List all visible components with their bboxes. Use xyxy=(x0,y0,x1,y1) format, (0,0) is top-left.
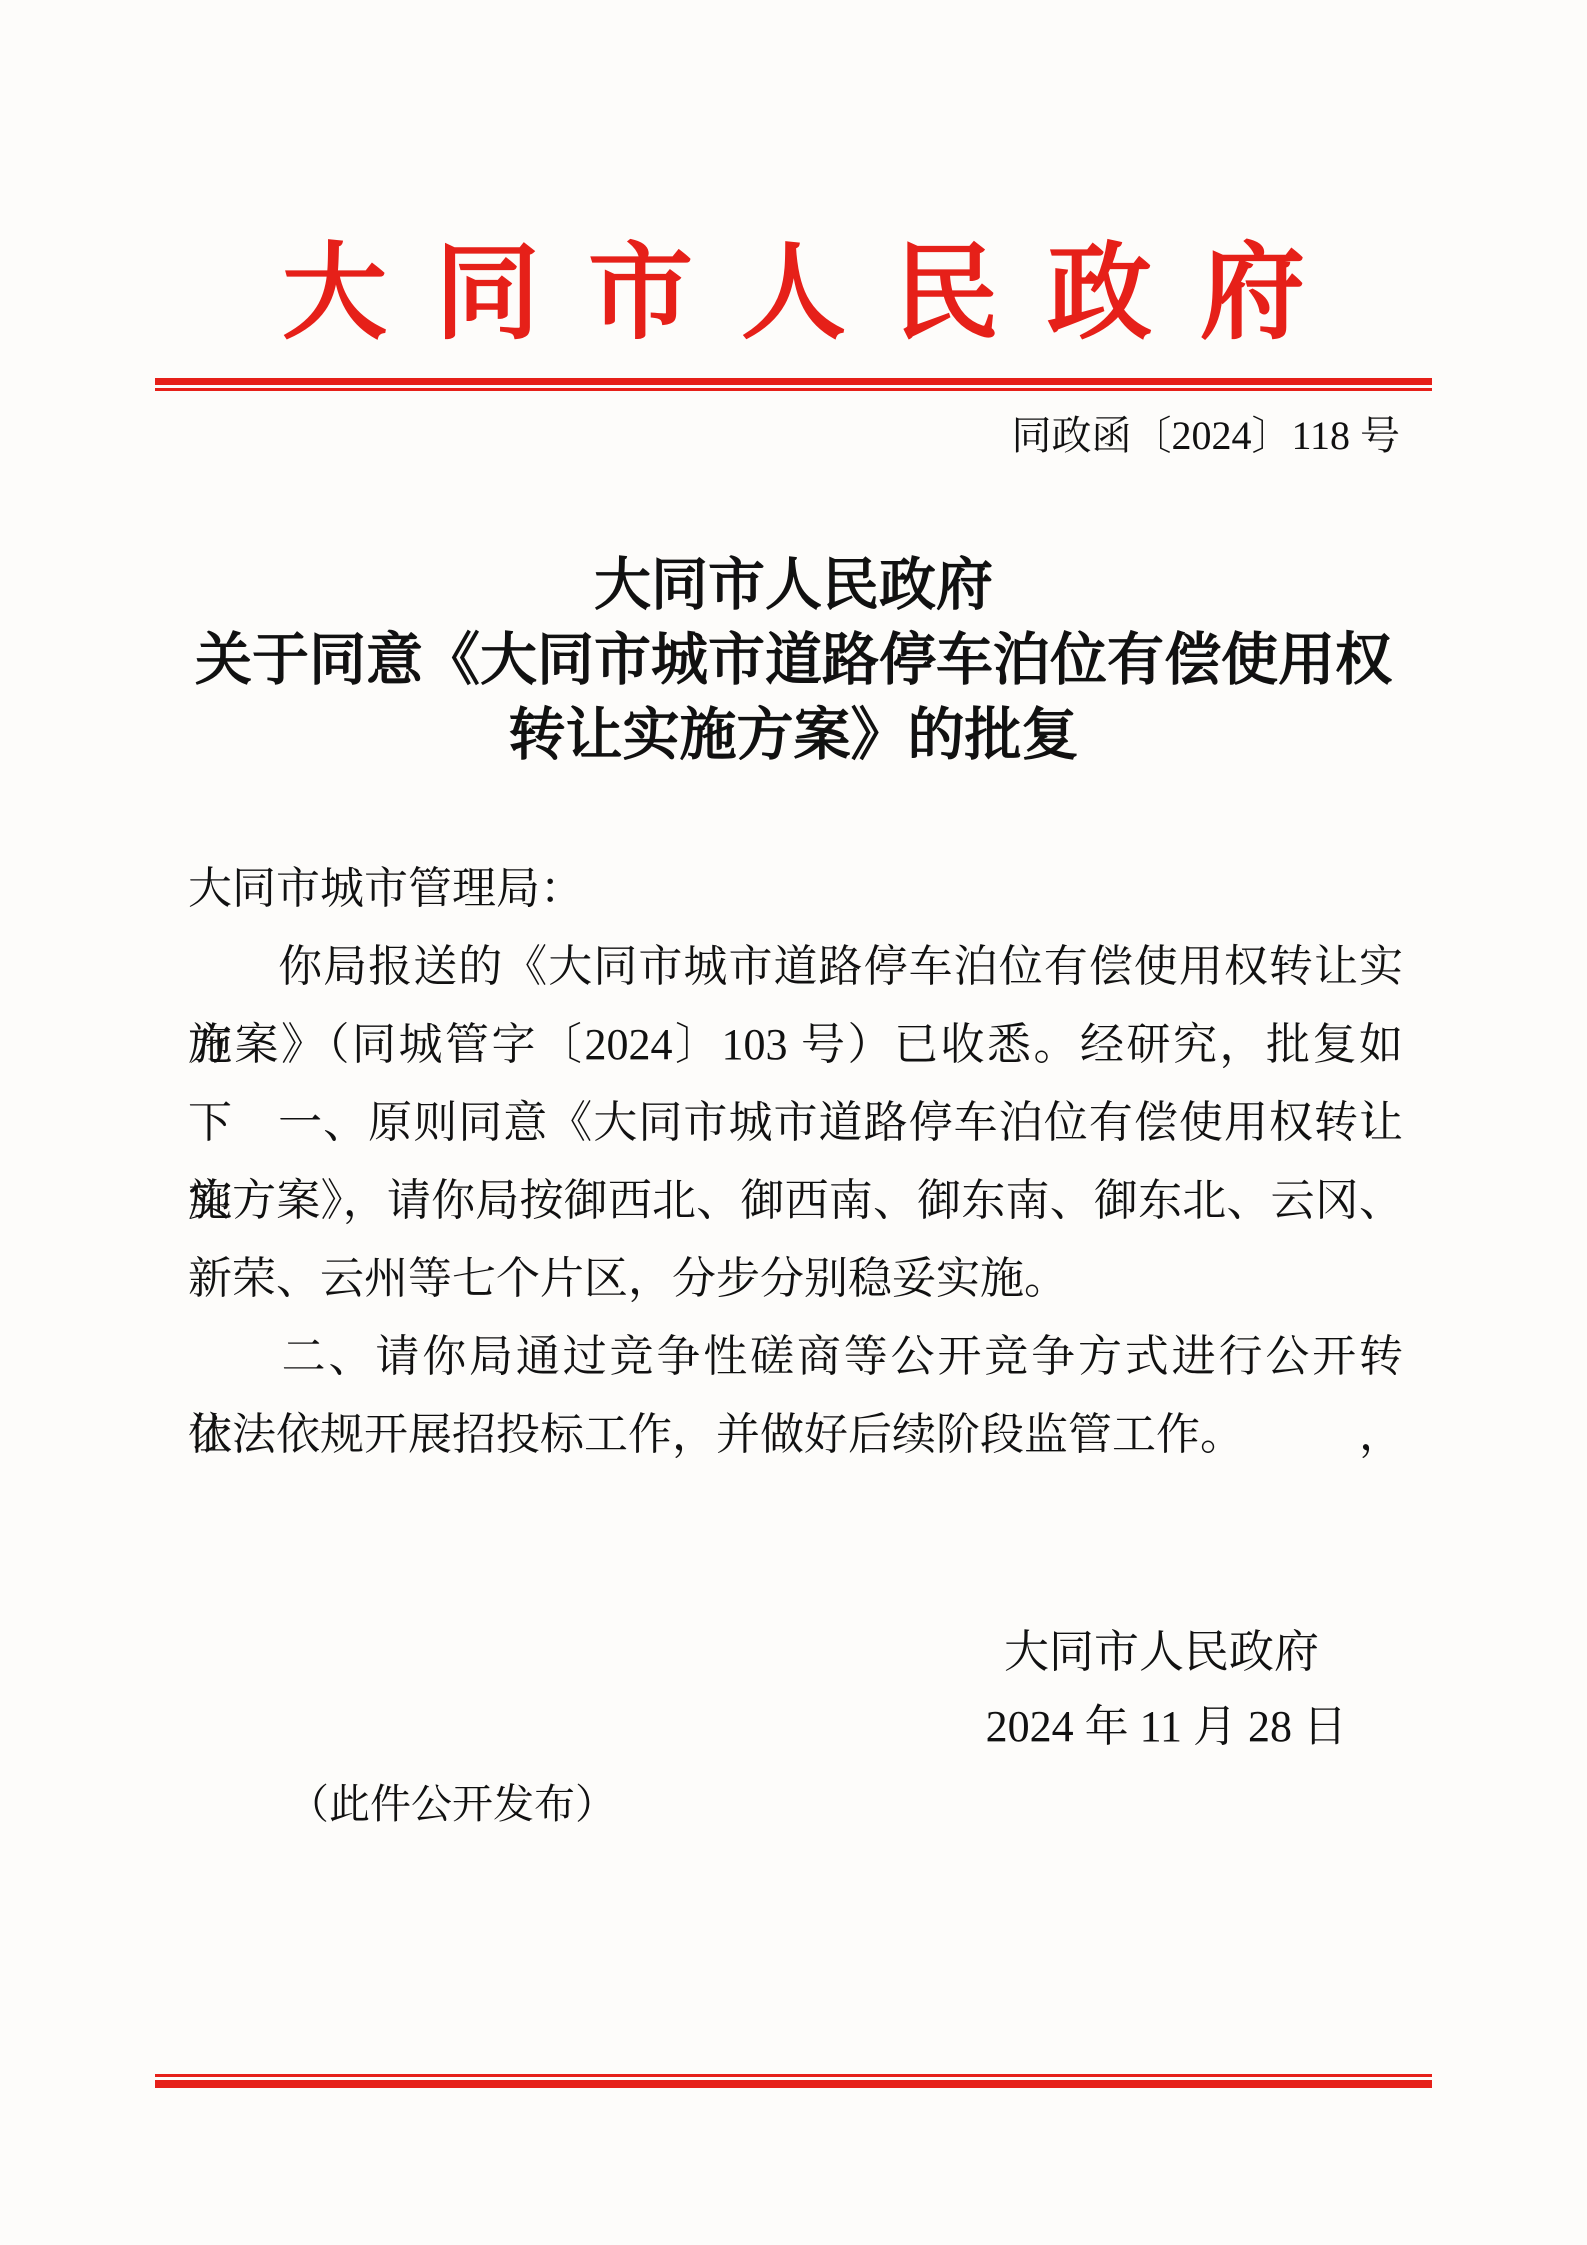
signature-org: 大同市人民政府 xyxy=(1004,1624,1319,1680)
letterhead-divider xyxy=(155,378,1432,391)
doc-title-line-2: 关于同意《大同市城市道路停车泊位有偿使用权 xyxy=(0,623,1587,698)
letterhead-divider-thick-bar xyxy=(155,378,1432,385)
letterhead-org-name: 大同市人民政府 xyxy=(0,238,1587,350)
doc-title-line-1: 大同市人民政府 xyxy=(0,548,1587,623)
body-line: 方案》（同城管字〔2024〕103 号）已收悉。经研究，批复如下： xyxy=(188,1006,1403,1084)
letterhead-divider-thin-bar xyxy=(155,388,1432,391)
footer-divider-thick-bar xyxy=(155,2080,1432,2088)
body-line: 施方案》，请你局按御西北、御西南、御东南、御东北、云冈、 xyxy=(188,1162,1403,1240)
body-text: 大同市城市管理局： 你局报送的《大同市城市道路停车泊位有偿使用权转让实施 方案》… xyxy=(188,850,1403,1474)
footer-divider xyxy=(155,2074,1432,2088)
body-line: 一、原则同意《大同市城市道路停车泊位有偿使用权转让实 xyxy=(188,1084,1403,1162)
doc-number: 同政函〔2024〕118 号 xyxy=(1011,410,1400,462)
doc-title: 大同市人民政府 关于同意《大同市城市道路停车泊位有偿使用权 转让实施方案》的批复 xyxy=(0,548,1587,773)
recipient-line: 大同市城市管理局： xyxy=(188,850,1403,928)
signature-date: 2024 年 11 月 28 日 xyxy=(986,1699,1347,1755)
document-page: 大同市人民政府 同政函〔2024〕118 号 大同市人民政府 关于同意《大同市城… xyxy=(0,0,1587,2245)
body-line: 你局报送的《大同市城市道路停车泊位有偿使用权转让实施 xyxy=(188,928,1403,1006)
body-line: 新荣、云州等七个片区，分步分别稳妥实施。 xyxy=(188,1240,1403,1318)
body-line: 二、请你局通过竞争性磋商等公开竞争方式进行公开转让， xyxy=(188,1318,1403,1396)
doc-title-line-3: 转让实施方案》的批复 xyxy=(0,698,1587,773)
body-line: 依法依规开展招投标工作，并做好后续阶段监管工作。 xyxy=(188,1396,1403,1474)
public-release-note: （此件公开发布） xyxy=(288,1776,616,1832)
